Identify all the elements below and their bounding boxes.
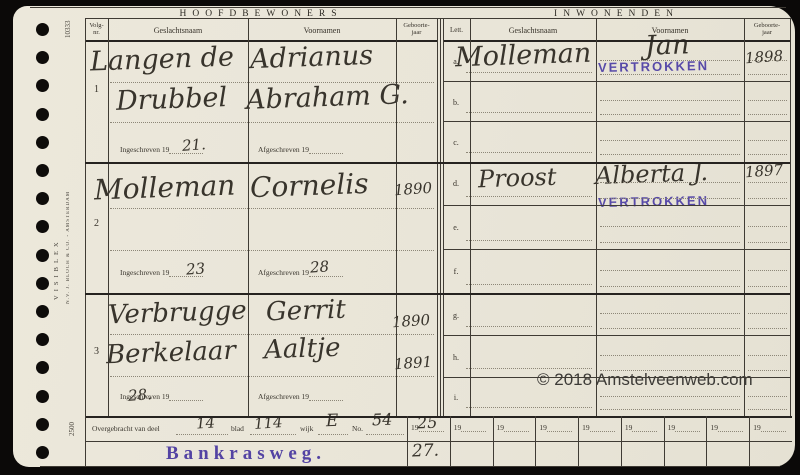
lett-value: h. xyxy=(443,353,469,362)
lett-value: i. xyxy=(443,393,469,402)
copyright-watermark: © 2018 Amstelveenweb.com xyxy=(537,370,753,390)
punch-hole xyxy=(36,108,49,121)
dotted-line xyxy=(600,140,740,141)
hw-firstnames: Gerrit xyxy=(266,297,347,326)
dotted-line xyxy=(600,74,740,75)
punch-hole xyxy=(36,164,49,177)
form-label: Afgeschreven 19 xyxy=(258,145,343,154)
punch-hole xyxy=(36,277,49,290)
rule xyxy=(706,416,707,466)
dotted-line xyxy=(466,407,592,408)
hw-birthyear: 1890 xyxy=(392,313,431,331)
vertrokken-stamp: VERTROKKEN xyxy=(598,193,709,210)
form-label: Ingeschreven 19 xyxy=(120,392,203,401)
hw-firstnames: Cornelis xyxy=(250,170,369,202)
rule xyxy=(440,18,441,416)
blad-label: blad xyxy=(231,424,244,433)
hw-firstnames: Aaltje xyxy=(264,335,341,364)
dotted-line xyxy=(600,100,740,101)
dotted-line xyxy=(466,240,592,241)
form-label: Afgeschreven 19 xyxy=(258,268,343,277)
dotted-line xyxy=(748,74,787,75)
col-geslachtsnaam-inw: Geslachtsnaam xyxy=(470,26,596,35)
dotted-line xyxy=(110,334,434,335)
hw-surname: Verbrugge xyxy=(108,298,248,329)
lett-value: c. xyxy=(443,138,469,147)
hw-birthyear: 1890 xyxy=(394,181,433,199)
volgnr-value: 1 xyxy=(86,84,107,95)
hw-birthyear: 1891 xyxy=(394,355,433,373)
dotted-line xyxy=(600,270,740,271)
dotted-line xyxy=(600,286,740,287)
rule xyxy=(470,18,471,416)
no-label: No. xyxy=(352,424,363,433)
rule xyxy=(85,416,792,418)
punch-hole xyxy=(36,390,49,403)
year-cell: 19 xyxy=(454,423,487,432)
lett-value: a. xyxy=(443,57,469,66)
wijk-label: wijk xyxy=(300,424,313,433)
rule xyxy=(621,416,622,466)
dotted-line xyxy=(466,196,592,197)
hw-surname: Langen de xyxy=(90,43,235,75)
dotted-line xyxy=(466,284,592,285)
hw-surname: Berkelaar xyxy=(106,338,237,369)
dotted-line xyxy=(748,328,787,329)
hw-year-next: 27. xyxy=(412,443,440,461)
rule xyxy=(437,18,438,416)
hw-huisnummer: 54 xyxy=(372,412,393,429)
dotted-line xyxy=(600,328,740,329)
hw-surname: Proost xyxy=(478,165,557,192)
dotted-line xyxy=(748,409,787,410)
register-card-scan: 10333 VISIBLEX N.V. J. BLOCH & CO. - AMS… xyxy=(0,0,800,475)
dotted-line xyxy=(748,100,787,101)
dotted-line xyxy=(600,226,740,227)
rule xyxy=(443,249,790,250)
dotted-line xyxy=(466,326,592,327)
dotted-line xyxy=(466,368,592,369)
overgebracht-label: Overgebracht van deel xyxy=(92,424,160,433)
rule xyxy=(596,18,597,416)
form-label: Ingeschreven 19 xyxy=(120,268,203,277)
hw-birthyear: 1898 xyxy=(745,49,784,67)
dotted-line xyxy=(748,355,787,356)
dotted-line xyxy=(600,114,740,115)
dotted-line xyxy=(748,242,787,243)
rule xyxy=(85,441,792,442)
rule xyxy=(443,121,790,122)
lett-value: d. xyxy=(443,179,469,188)
year-cell: 19 xyxy=(625,423,658,432)
hw-surname: Molleman xyxy=(94,172,236,205)
year-cell: 19 xyxy=(668,423,701,432)
rule xyxy=(450,416,451,466)
rule xyxy=(790,18,791,416)
rule xyxy=(85,416,86,466)
dotted-line xyxy=(600,370,740,371)
volgnr-value: 3 xyxy=(86,346,107,357)
brand-mark: VISIBLEX xyxy=(53,200,60,300)
form-number: 10333 xyxy=(64,10,72,38)
rule xyxy=(535,416,536,466)
lett-value: g. xyxy=(443,311,469,320)
year-cell: 19 xyxy=(710,423,743,432)
dotted-line xyxy=(748,114,787,115)
col-volgnr: Volg-nr. xyxy=(85,22,108,36)
punch-hole xyxy=(36,305,49,318)
rule xyxy=(30,7,786,8)
lett-value: e. xyxy=(443,223,469,232)
dotted-line xyxy=(600,355,740,356)
dotted-line xyxy=(748,270,787,271)
hw-firstnames: Jan xyxy=(645,31,690,60)
street-stamp: Bankrasweg. xyxy=(85,443,407,465)
rule xyxy=(749,416,750,466)
lett-value: b. xyxy=(443,98,469,107)
rule xyxy=(493,416,494,466)
dotted-line xyxy=(748,370,787,371)
dotted-line xyxy=(600,313,740,314)
col-voornamen: Voornamen xyxy=(248,26,396,35)
dotted-line xyxy=(466,112,592,113)
rule xyxy=(248,18,249,416)
rule xyxy=(443,81,790,82)
col-geslachtsnaam: Geslachtsnaam xyxy=(108,26,248,35)
dotted-line xyxy=(600,396,740,397)
fill-line xyxy=(318,434,348,435)
dotted-line xyxy=(110,376,434,377)
dotted-line xyxy=(748,226,787,227)
dotted-line xyxy=(748,154,787,155)
year-cell: 19 xyxy=(497,423,530,432)
rule xyxy=(108,18,109,416)
rule xyxy=(443,335,790,336)
dotted-line xyxy=(600,60,740,61)
rule xyxy=(85,162,790,164)
dotted-line xyxy=(466,152,592,153)
volgnr-value: 2 xyxy=(86,218,107,229)
print-run-number: 2500 xyxy=(68,410,76,436)
dotted-line xyxy=(748,198,787,199)
year-cell: 19 xyxy=(539,423,572,432)
col-geboortejaar: Geboorte-jaar xyxy=(396,22,437,36)
hw-surname: Drubbel xyxy=(116,84,228,115)
punch-hole xyxy=(36,418,49,431)
rule xyxy=(578,416,579,466)
hw-firstnames: Abraham G. xyxy=(246,81,409,114)
dotted-line xyxy=(466,72,592,73)
punch-hole xyxy=(36,136,49,149)
rule xyxy=(40,466,780,467)
rule xyxy=(85,293,790,295)
manufacturer-mark: N.V. J. BLOCH & CO. - AMSTERDAM xyxy=(66,172,71,304)
form-label: Ingeschreven 19 xyxy=(120,145,203,154)
dotted-line xyxy=(600,242,740,243)
dotted-line xyxy=(110,122,434,123)
lett-value: f. xyxy=(443,267,469,276)
dotted-line xyxy=(748,286,787,287)
rule xyxy=(744,18,745,416)
dotted-line xyxy=(600,182,740,183)
punch-hole xyxy=(36,446,49,459)
fill-line xyxy=(176,434,228,435)
dotted-line xyxy=(748,140,787,141)
year-cell: 19 xyxy=(411,423,444,432)
dotted-line xyxy=(600,198,740,199)
dotted-line xyxy=(748,313,787,314)
punch-hole xyxy=(36,23,49,36)
rule xyxy=(443,40,790,42)
dotted-line xyxy=(600,409,740,410)
dotted-line xyxy=(748,60,787,61)
dotted-line xyxy=(748,396,787,397)
rule xyxy=(664,416,665,466)
rule xyxy=(443,205,790,206)
dotted-line xyxy=(600,154,740,155)
rule xyxy=(396,18,397,416)
dotted-line xyxy=(110,250,434,251)
rule xyxy=(85,40,437,42)
fill-line xyxy=(366,434,404,435)
hw-firstnames: Alberta J. xyxy=(595,160,709,188)
punch-hole xyxy=(36,249,49,262)
form-label: Afgeschreven 19 xyxy=(258,392,343,401)
rule xyxy=(443,377,790,378)
year-cell: 19 xyxy=(582,423,615,432)
col-geboortejaar-inw: Geboorte-jaar xyxy=(744,22,790,36)
col-lett: Lett. xyxy=(443,26,470,34)
dotted-line xyxy=(110,82,434,83)
dotted-line xyxy=(110,208,434,209)
dotted-line xyxy=(748,182,787,183)
hw-firstnames: Adrianus xyxy=(250,42,374,73)
year-cell: 19 xyxy=(753,423,786,432)
hw-birthyear: 1897 xyxy=(745,163,784,181)
hw-surname: Molleman xyxy=(455,40,592,72)
fill-line xyxy=(250,434,296,435)
rule xyxy=(407,416,408,466)
